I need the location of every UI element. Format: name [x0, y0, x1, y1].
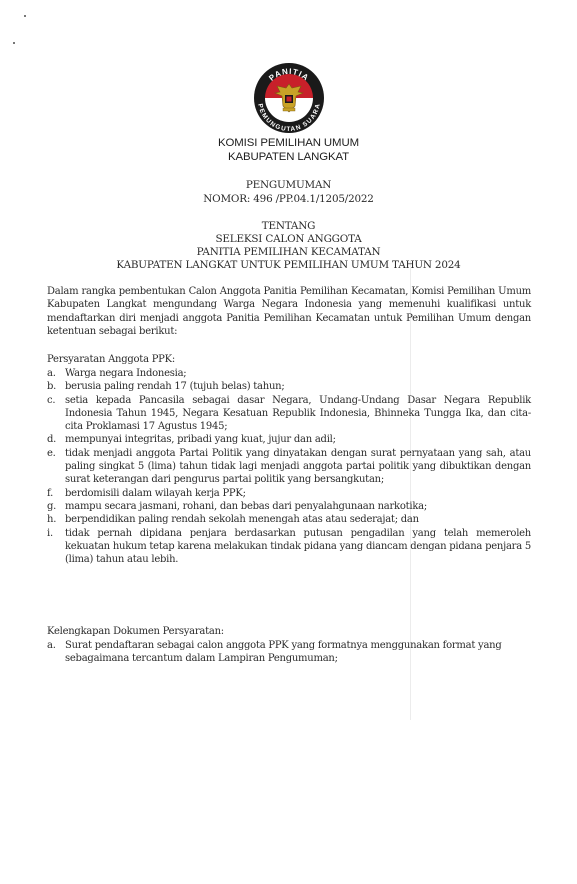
requirement-item: d.mempunyai integritas, pribadi yang kua…: [47, 433, 531, 446]
panitia-pemungutan-suara-logo: PANITIA PEMUNGUTAN SUARA: [253, 62, 325, 134]
requirements-heading: Persyaratan Anggota PPK:: [47, 353, 531, 366]
announcement-title: PENGUMUMAN: [0, 179, 577, 191]
requirement-item: e.tidak menjadi anggota Partai Politik y…: [47, 447, 531, 487]
requirement-item: b.berusia paling rendah 17 (tujuh belas)…: [47, 380, 531, 393]
subject-line-3: KABUPATEN LANGKAT UNTUK PEMILIHAN UMUM T…: [0, 259, 577, 271]
org-region: KABUPATEN LANGKAT: [0, 151, 577, 163]
requirement-item: f.berdomisili dalam wilayah kerja PPK;: [47, 487, 531, 500]
intro-paragraph: Dalam rangka pembentukan Calon Anggota P…: [47, 285, 531, 338]
requirement-item: a.Warga negara Indonesia;: [47, 367, 531, 380]
requirement-item: h.berpendidikan paling rendah sekolah me…: [47, 513, 531, 526]
scan-speck: [24, 15, 26, 17]
requirements-list: a.Warga negara Indonesia; b.berusia pali…: [47, 367, 531, 566]
about-label: TENTANG: [0, 220, 577, 232]
scan-speck: [13, 42, 15, 44]
requirement-item: i.tidak pernah dipidana penjara berdasar…: [47, 527, 531, 567]
requirement-item: c.setia kepada Pancasila sebagai dasar N…: [47, 394, 531, 434]
org-name: KOMISI PEMILIHAN UMUM: [0, 137, 577, 149]
announcement-number: NOMOR: 496 /PP.04.1/1205/2022: [0, 193, 577, 205]
documents-list: a.Surat pendaftaran sebagai calon anggot…: [47, 639, 531, 666]
document-item: a.Surat pendaftaran sebagai calon anggot…: [47, 639, 531, 666]
requirement-item: g.mampu secara jasmani, rohani, dan beba…: [47, 500, 531, 513]
subject-line-1: SELEKSI CALON ANGGOTA: [0, 233, 577, 245]
subject-line-2: PANITIA PEMILIHAN KECAMATAN: [0, 246, 577, 258]
documents-heading: Kelengkapan Dokumen Persyaratan:: [47, 625, 531, 638]
